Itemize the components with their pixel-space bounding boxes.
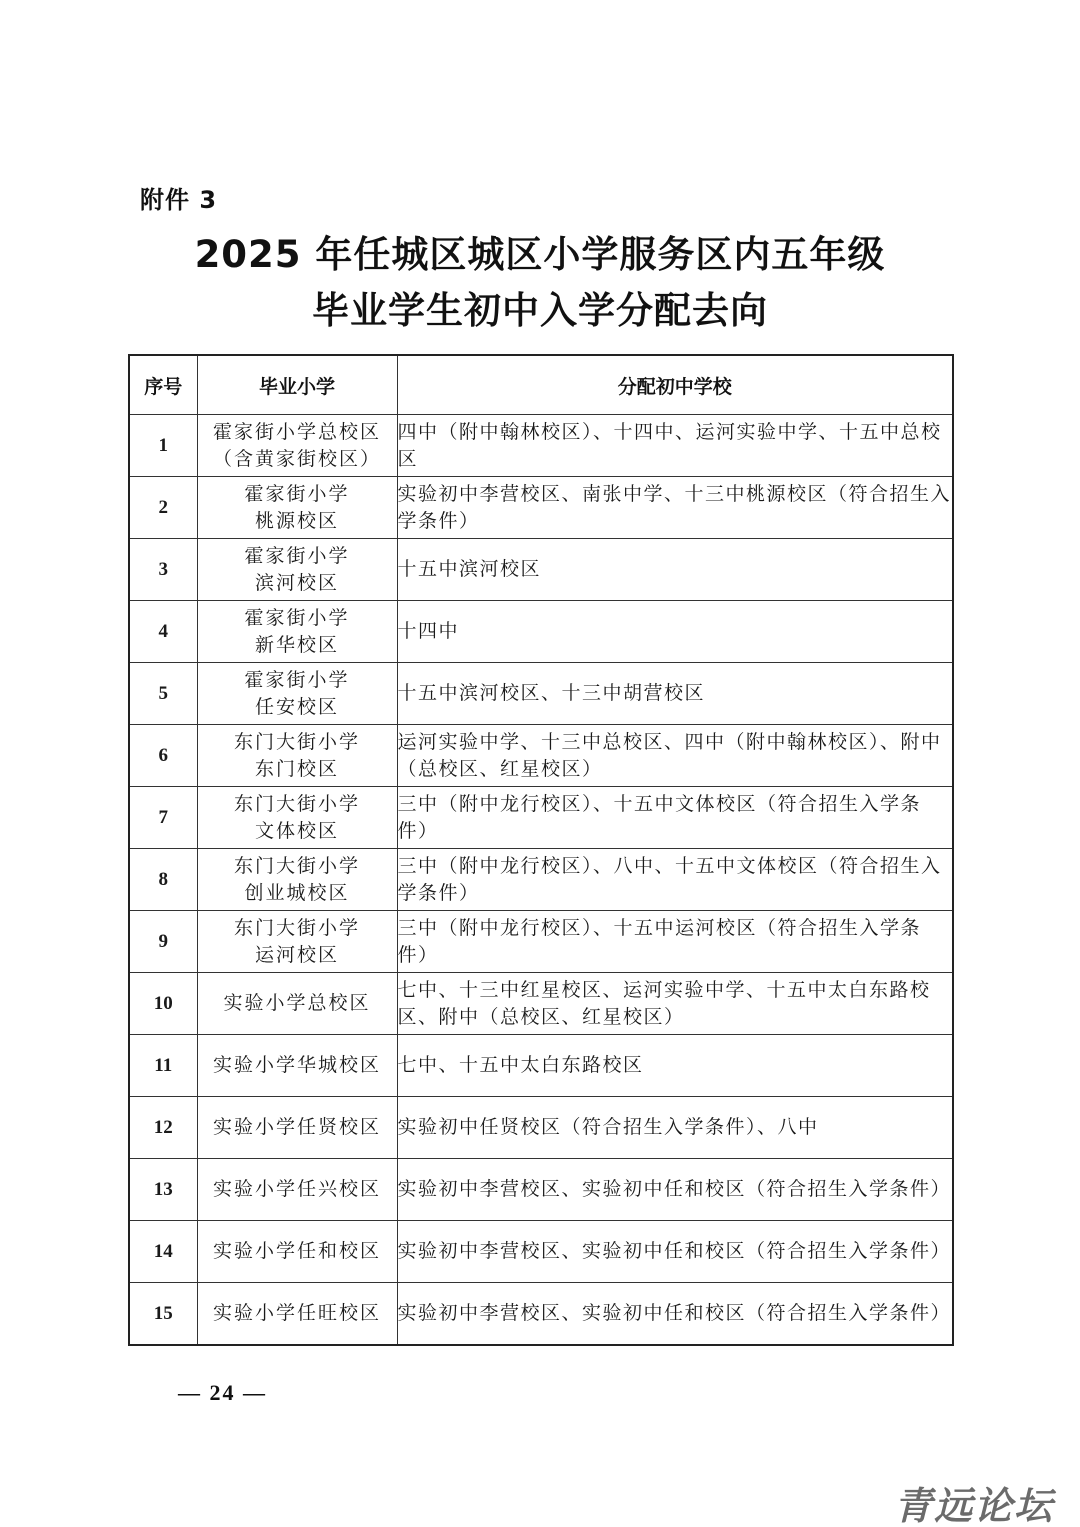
school-name-line-1: 实验小学任兴校区 — [198, 1176, 397, 1203]
table-header-row: 序号 毕业小学 分配初中学校 — [129, 355, 953, 415]
table-row: 9东门大街小学运河校区三中（附中龙行校区）、十五中运河校区（符合招生入学条件） — [129, 911, 953, 973]
allocation-table: 序号 毕业小学 分配初中学校 1霍家街小学总校区（含黄家街校区）四中（附中翰林校… — [128, 354, 954, 1346]
document-title-line-1: 2025 年任城区城区小学服务区内五年级 — [0, 224, 1080, 278]
school-name-line-1: 实验小学华城校区 — [198, 1052, 397, 1079]
row-graduating-school: 霍家街小学新华校区 — [197, 601, 397, 663]
row-serial-number: 12 — [129, 1097, 197, 1159]
table-row: 1霍家街小学总校区（含黄家街校区）四中（附中翰林校区）、十四中、运河实验中学、十… — [129, 415, 953, 477]
table-row: 8东门大街小学创业城校区三中（附中龙行校区）、八中、十五中文体校区（符合招生入学… — [129, 849, 953, 911]
row-assigned-middle-schools: 实验初中李营校区、实验初中任和校区（符合招生入学条件） — [397, 1159, 953, 1221]
row-serial-number: 7 — [129, 787, 197, 849]
table-row: 13实验小学任兴校区实验初中李营校区、实验初中任和校区（符合招生入学条件） — [129, 1159, 953, 1221]
row-graduating-school: 实验小学任兴校区 — [197, 1159, 397, 1221]
row-serial-number: 10 — [129, 973, 197, 1035]
row-assigned-middle-schools: 三中（附中龙行校区）、十五中运河校区（符合招生入学条件） — [397, 911, 953, 973]
school-name-line-2: 文体校区 — [198, 818, 397, 845]
table-row: 12实验小学任贤校区实验初中任贤校区（符合招生入学条件）、八中 — [129, 1097, 953, 1159]
table-row: 4霍家街小学新华校区十四中 — [129, 601, 953, 663]
school-name-line-1: 霍家街小学 — [198, 481, 397, 508]
row-graduating-school: 东门大街小学运河校区 — [197, 911, 397, 973]
row-graduating-school: 实验小学任旺校区 — [197, 1283, 397, 1346]
school-name-line-1: 霍家街小学 — [198, 667, 397, 694]
table-row: 3霍家街小学滨河校区十五中滨河校区 — [129, 539, 953, 601]
row-assigned-middle-schools: 实验初中李营校区、南张中学、十三中桃源校区（符合招生入学条件） — [397, 477, 953, 539]
row-graduating-school: 霍家街小学任安校区 — [197, 663, 397, 725]
row-serial-number: 2 — [129, 477, 197, 539]
row-graduating-school: 实验小学任贤校区 — [197, 1097, 397, 1159]
row-assigned-middle-schools: 七中、十五中太白东路校区 — [397, 1035, 953, 1097]
school-name-line-2: 东门校区 — [198, 756, 397, 783]
row-assigned-middle-schools: 十五中滨河校区、十三中胡营校区 — [397, 663, 953, 725]
row-serial-number: 3 — [129, 539, 197, 601]
row-graduating-school: 实验小学华城校区 — [197, 1035, 397, 1097]
row-assigned-middle-schools: 实验初中李营校区、实验初中任和校区（符合招生入学条件） — [397, 1221, 953, 1283]
row-serial-number: 1 — [129, 415, 197, 477]
row-graduating-school: 东门大街小学文体校区 — [197, 787, 397, 849]
row-serial-number: 13 — [129, 1159, 197, 1221]
row-serial-number: 6 — [129, 725, 197, 787]
table-row: 5霍家街小学任安校区十五中滨河校区、十三中胡营校区 — [129, 663, 953, 725]
table-row: 7东门大街小学文体校区三中（附中龙行校区）、十五中文体校区（符合招生入学条件） — [129, 787, 953, 849]
attachment-label: 附件 3 — [140, 180, 217, 215]
document-title-line-2: 毕业学生初中入学分配去向 — [0, 280, 1080, 334]
row-serial-number: 4 — [129, 601, 197, 663]
table-body: 1霍家街小学总校区（含黄家街校区）四中（附中翰林校区）、十四中、运河实验中学、十… — [129, 415, 953, 1346]
row-assigned-middle-schools: 实验初中任贤校区（符合招生入学条件）、八中 — [397, 1097, 953, 1159]
row-graduating-school: 实验小学任和校区 — [197, 1221, 397, 1283]
table-row: 11实验小学华城校区七中、十五中太白东路校区 — [129, 1035, 953, 1097]
table-row: 10实验小学总校区七中、十三中红星校区、运河实验中学、十五中太白东路校区、附中（… — [129, 973, 953, 1035]
table-row: 6东门大街小学东门校区运河实验中学、十三中总校区、四中（附中翰林校区）、附中（总… — [129, 725, 953, 787]
school-name-line-2: 运河校区 — [198, 942, 397, 969]
row-serial-number: 11 — [129, 1035, 197, 1097]
row-assigned-middle-schools: 十五中滨河校区 — [397, 539, 953, 601]
forum-watermark-logo: 青远论坛 — [874, 1480, 1074, 1524]
school-name-line-1: 东门大街小学 — [198, 915, 397, 942]
school-name-line-1: 霍家街小学总校区 — [198, 419, 397, 446]
school-name-line-1: 实验小学任旺校区 — [198, 1300, 397, 1327]
row-assigned-middle-schools: 七中、十三中红星校区、运河实验中学、十五中太白东路校区、附中（总校区、红星校区） — [397, 973, 953, 1035]
school-name-line-1: 东门大街小学 — [198, 853, 397, 880]
row-assigned-middle-schools: 实验初中李营校区、实验初中任和校区（符合招生入学条件） — [397, 1283, 953, 1346]
school-name-line-1: 东门大街小学 — [198, 729, 397, 756]
row-assigned-middle-schools: 十四中 — [397, 601, 953, 663]
row-serial-number: 15 — [129, 1283, 197, 1346]
table-row: 15实验小学任旺校区实验初中李营校区、实验初中任和校区（符合招生入学条件） — [129, 1283, 953, 1346]
row-serial-number: 5 — [129, 663, 197, 725]
school-name-line-2: 创业城校区 — [198, 880, 397, 907]
row-graduating-school: 霍家街小学滨河校区 — [197, 539, 397, 601]
row-assigned-middle-schools: 三中（附中龙行校区）、八中、十五中文体校区（符合招生入学条件） — [397, 849, 953, 911]
school-name-line-2: 滨河校区 — [198, 570, 397, 597]
row-graduating-school: 霍家街小学桃源校区 — [197, 477, 397, 539]
table-row: 2霍家街小学桃源校区实验初中李营校区、南张中学、十三中桃源校区（符合招生入学条件… — [129, 477, 953, 539]
school-name-line-1: 霍家街小学 — [198, 543, 397, 570]
row-serial-number: 8 — [129, 849, 197, 911]
school-name-line-2: 任安校区 — [198, 694, 397, 721]
row-graduating-school: 霍家街小学总校区（含黄家街校区） — [197, 415, 397, 477]
row-graduating-school: 实验小学总校区 — [197, 973, 397, 1035]
row-assigned-middle-schools: 运河实验中学、十三中总校区、四中（附中翰林校区）、附中（总校区、红星校区） — [397, 725, 953, 787]
row-assigned-middle-schools: 四中（附中翰林校区）、十四中、运河实验中学、十五中总校区 — [397, 415, 953, 477]
header-graduating-school: 毕业小学 — [197, 355, 397, 415]
page-number: — 24 — — [178, 1380, 267, 1406]
school-name-line-2: （含黄家街校区） — [198, 446, 397, 473]
header-serial-number: 序号 — [129, 355, 197, 415]
row-graduating-school: 东门大街小学创业城校区 — [197, 849, 397, 911]
row-serial-number: 14 — [129, 1221, 197, 1283]
school-name-line-1: 霍家街小学 — [198, 605, 397, 632]
school-name-line-2: 桃源校区 — [198, 508, 397, 535]
school-name-line-2: 新华校区 — [198, 632, 397, 659]
table-row: 14实验小学任和校区实验初中李营校区、实验初中任和校区（符合招生入学条件） — [129, 1221, 953, 1283]
row-assigned-middle-schools: 三中（附中龙行校区）、十五中文体校区（符合招生入学条件） — [397, 787, 953, 849]
school-name-line-1: 实验小学总校区 — [198, 990, 397, 1017]
school-name-line-1: 东门大街小学 — [198, 791, 397, 818]
school-name-line-1: 实验小学任和校区 — [198, 1238, 397, 1265]
row-graduating-school: 东门大街小学东门校区 — [197, 725, 397, 787]
row-serial-number: 9 — [129, 911, 197, 973]
header-assigned-middle-school: 分配初中学校 — [397, 355, 953, 415]
school-name-line-1: 实验小学任贤校区 — [198, 1114, 397, 1141]
